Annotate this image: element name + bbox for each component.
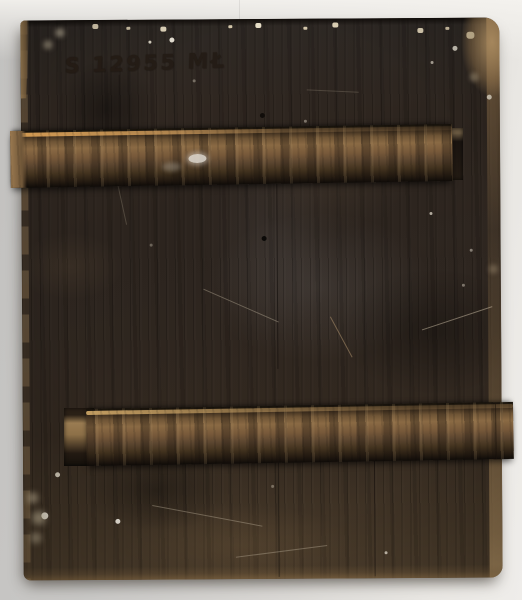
left-edge-wear	[20, 20, 30, 580]
board-seam	[453, 53, 455, 143]
stain-layer	[20, 18, 502, 581]
lower-batten	[86, 402, 514, 466]
scratch	[330, 317, 353, 358]
upper-batten-paint-smudge	[188, 154, 206, 163]
photo-backdrop: S 12955 MŁ	[0, 0, 522, 600]
scratch	[203, 289, 279, 323]
board-seam	[276, 184, 278, 369]
nail-holes	[20, 20, 23, 23]
lower-batten-streaks	[86, 402, 514, 466]
paint-drips	[20, 20, 23, 23]
top-edge-wear	[20, 18, 499, 28]
wood-panel-back: S 12955 MŁ	[20, 18, 502, 581]
lower-batten-protruding-end	[495, 402, 514, 459]
board-seam	[374, 456, 376, 576]
right-edge-wear	[486, 18, 502, 578]
top-right-corner-wear	[447, 18, 500, 128]
scratch	[307, 89, 359, 92]
wood-grain-layer	[20, 18, 502, 581]
board-seam	[278, 459, 280, 577]
scratch	[152, 505, 262, 527]
inventory-inscription: S 12955 MŁ	[64, 47, 255, 78]
paint-specks	[20, 20, 23, 23]
vignette-layer	[20, 18, 502, 581]
bottom-edge-wear	[24, 565, 503, 581]
upper-batten-streaks	[10, 124, 453, 188]
scratch	[236, 545, 327, 558]
upper-batten-protruding-end	[10, 131, 27, 188]
top-edge-chips	[20, 20, 24, 23]
scratch	[422, 306, 493, 330]
top-left-corner-bevel	[20, 20, 29, 98]
upper-batten	[10, 124, 453, 188]
